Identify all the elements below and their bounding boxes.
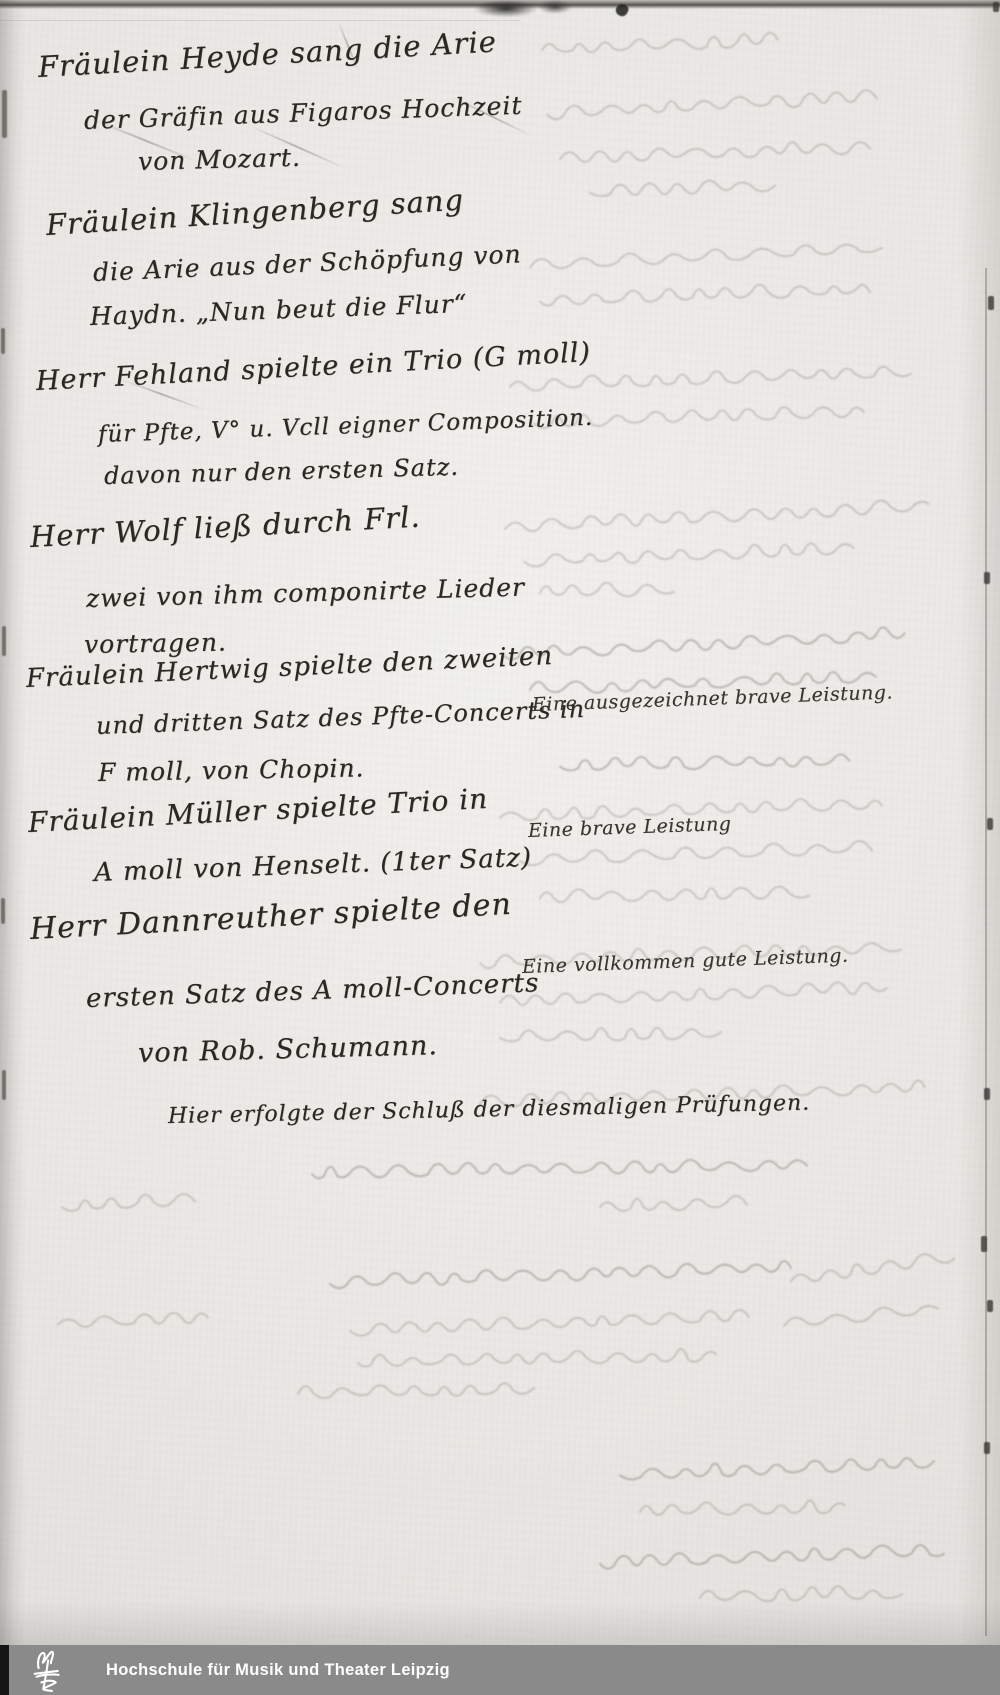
bleedthrough-line (347, 1299, 753, 1349)
bleedthrough-line (310, 1148, 801, 1193)
entry-line: Fräulein Klingenberg sang (45, 182, 465, 242)
entry-line: davon nur den ersten Satz. (104, 453, 460, 491)
bleedthrough-line (521, 532, 852, 579)
bleedthrough-line (498, 1016, 724, 1056)
hmt-logo-icon (28, 1647, 72, 1693)
entry-line: A moll von Henselt. (1ter Satz) (93, 843, 532, 889)
entry-line: die Arie aus der Schöpfung von (92, 239, 522, 288)
binding-shadow (0, 0, 26, 1695)
paper-crease (0, 20, 520, 21)
bleedthrough-line (557, 131, 863, 178)
bleedthrough-line (781, 1292, 934, 1343)
entry-line: Fräulein Heyde sang die Arie (37, 24, 498, 84)
bleedthrough-line (598, 1187, 744, 1226)
page-edge-mark (988, 296, 994, 310)
bleedthrough-line (587, 169, 763, 211)
binding-mark (2, 1070, 6, 1100)
bleedthrough-line (501, 618, 897, 675)
entry-line: Herr Fehland spielte ein Trio (G moll) (35, 337, 592, 398)
page-edge-mark (987, 1300, 993, 1312)
bleedthrough-line (55, 1301, 206, 1342)
page-edge-mark (993, 2, 999, 12)
bleedthrough-line (538, 876, 804, 917)
margin-note: Eine vollkommen gute Leistung. (522, 945, 849, 979)
bleedthrough-line (544, 79, 880, 132)
margin-note: Eine ausgezeichnet brave Leistung. (532, 681, 894, 716)
footer-bar: Hochschule für Musik und Theater Leipzig (0, 1645, 1000, 1695)
binding-mark (2, 626, 6, 656)
bleedthrough-line (558, 743, 854, 784)
bleedthrough-line (527, 231, 888, 286)
ink-smudge (538, 0, 572, 14)
entry-line: Haydn. „Nun beut die Flur“ (89, 289, 467, 332)
bleedthrough-line (296, 1372, 537, 1412)
bleedthrough-line (597, 1534, 938, 1582)
bleedthrough-line (59, 1183, 191, 1226)
entry-line: von Mozart. (138, 143, 302, 177)
right-page-edge (985, 268, 987, 1636)
entry-line: für Pfte, V° u. Vcll eigner Composition. (98, 405, 594, 450)
ink-smudge (474, 0, 538, 17)
binding-mark (2, 90, 7, 138)
manuscript-page: Fräulein Heyde sang die Arie der Gräfin … (0, 0, 1000, 1695)
entry-line: von Rob. Schumann. (138, 1030, 439, 1070)
bleedthrough-line (497, 971, 883, 1020)
entry-line: ersten Satz des A moll-Concerts (85, 968, 539, 1015)
bleedthrough-line (356, 1339, 712, 1381)
bleedthrough-line (537, 272, 868, 319)
bleedthrough-line (538, 573, 669, 611)
entry-line: Fräulein Müller spielte Trio in (27, 782, 489, 840)
entry-line: zwei von ihm componirte Lieder (86, 573, 526, 614)
page-edge-mark (987, 818, 993, 830)
bleedthrough-line (617, 1447, 928, 1494)
entry-line: Herr Wolf ließ durch Frl. (29, 500, 421, 555)
bleedthrough-line (502, 489, 923, 547)
page-edge-mark (981, 1236, 987, 1252)
bleedthrough-line (786, 1240, 959, 1299)
page-edge-mark (984, 1442, 990, 1454)
bleedthrough-line (539, 24, 770, 68)
bleedthrough-line (638, 1490, 849, 1530)
page-edge-mark (984, 1088, 990, 1100)
margin-note: Eine brave Leistung (528, 813, 732, 843)
binding-mark (1, 328, 5, 354)
bleedthrough-line (328, 1250, 789, 1302)
entry-line: Herr Dannreuther spielte den (29, 887, 513, 948)
binding-mark (1, 898, 5, 924)
right-page-shadow (958, 0, 1000, 1695)
footer-edge-mark (0, 1645, 9, 1695)
entry-line: der Gräfin aus Figaros Hochzeit (83, 91, 522, 136)
bottom-shadow (0, 1600, 1000, 1645)
entry-line: F moll, von Chopin. (98, 753, 365, 788)
entry-line: und dritten Satz des Pfte-Concerts in (95, 695, 585, 741)
page-edge-mark (984, 572, 990, 584)
closing-line: Hier erfolgte der Schluß der diesmaligen… (168, 1091, 811, 1131)
footer-institution-label: Hochschule für Musik und Theater Leipzig (106, 1645, 450, 1695)
